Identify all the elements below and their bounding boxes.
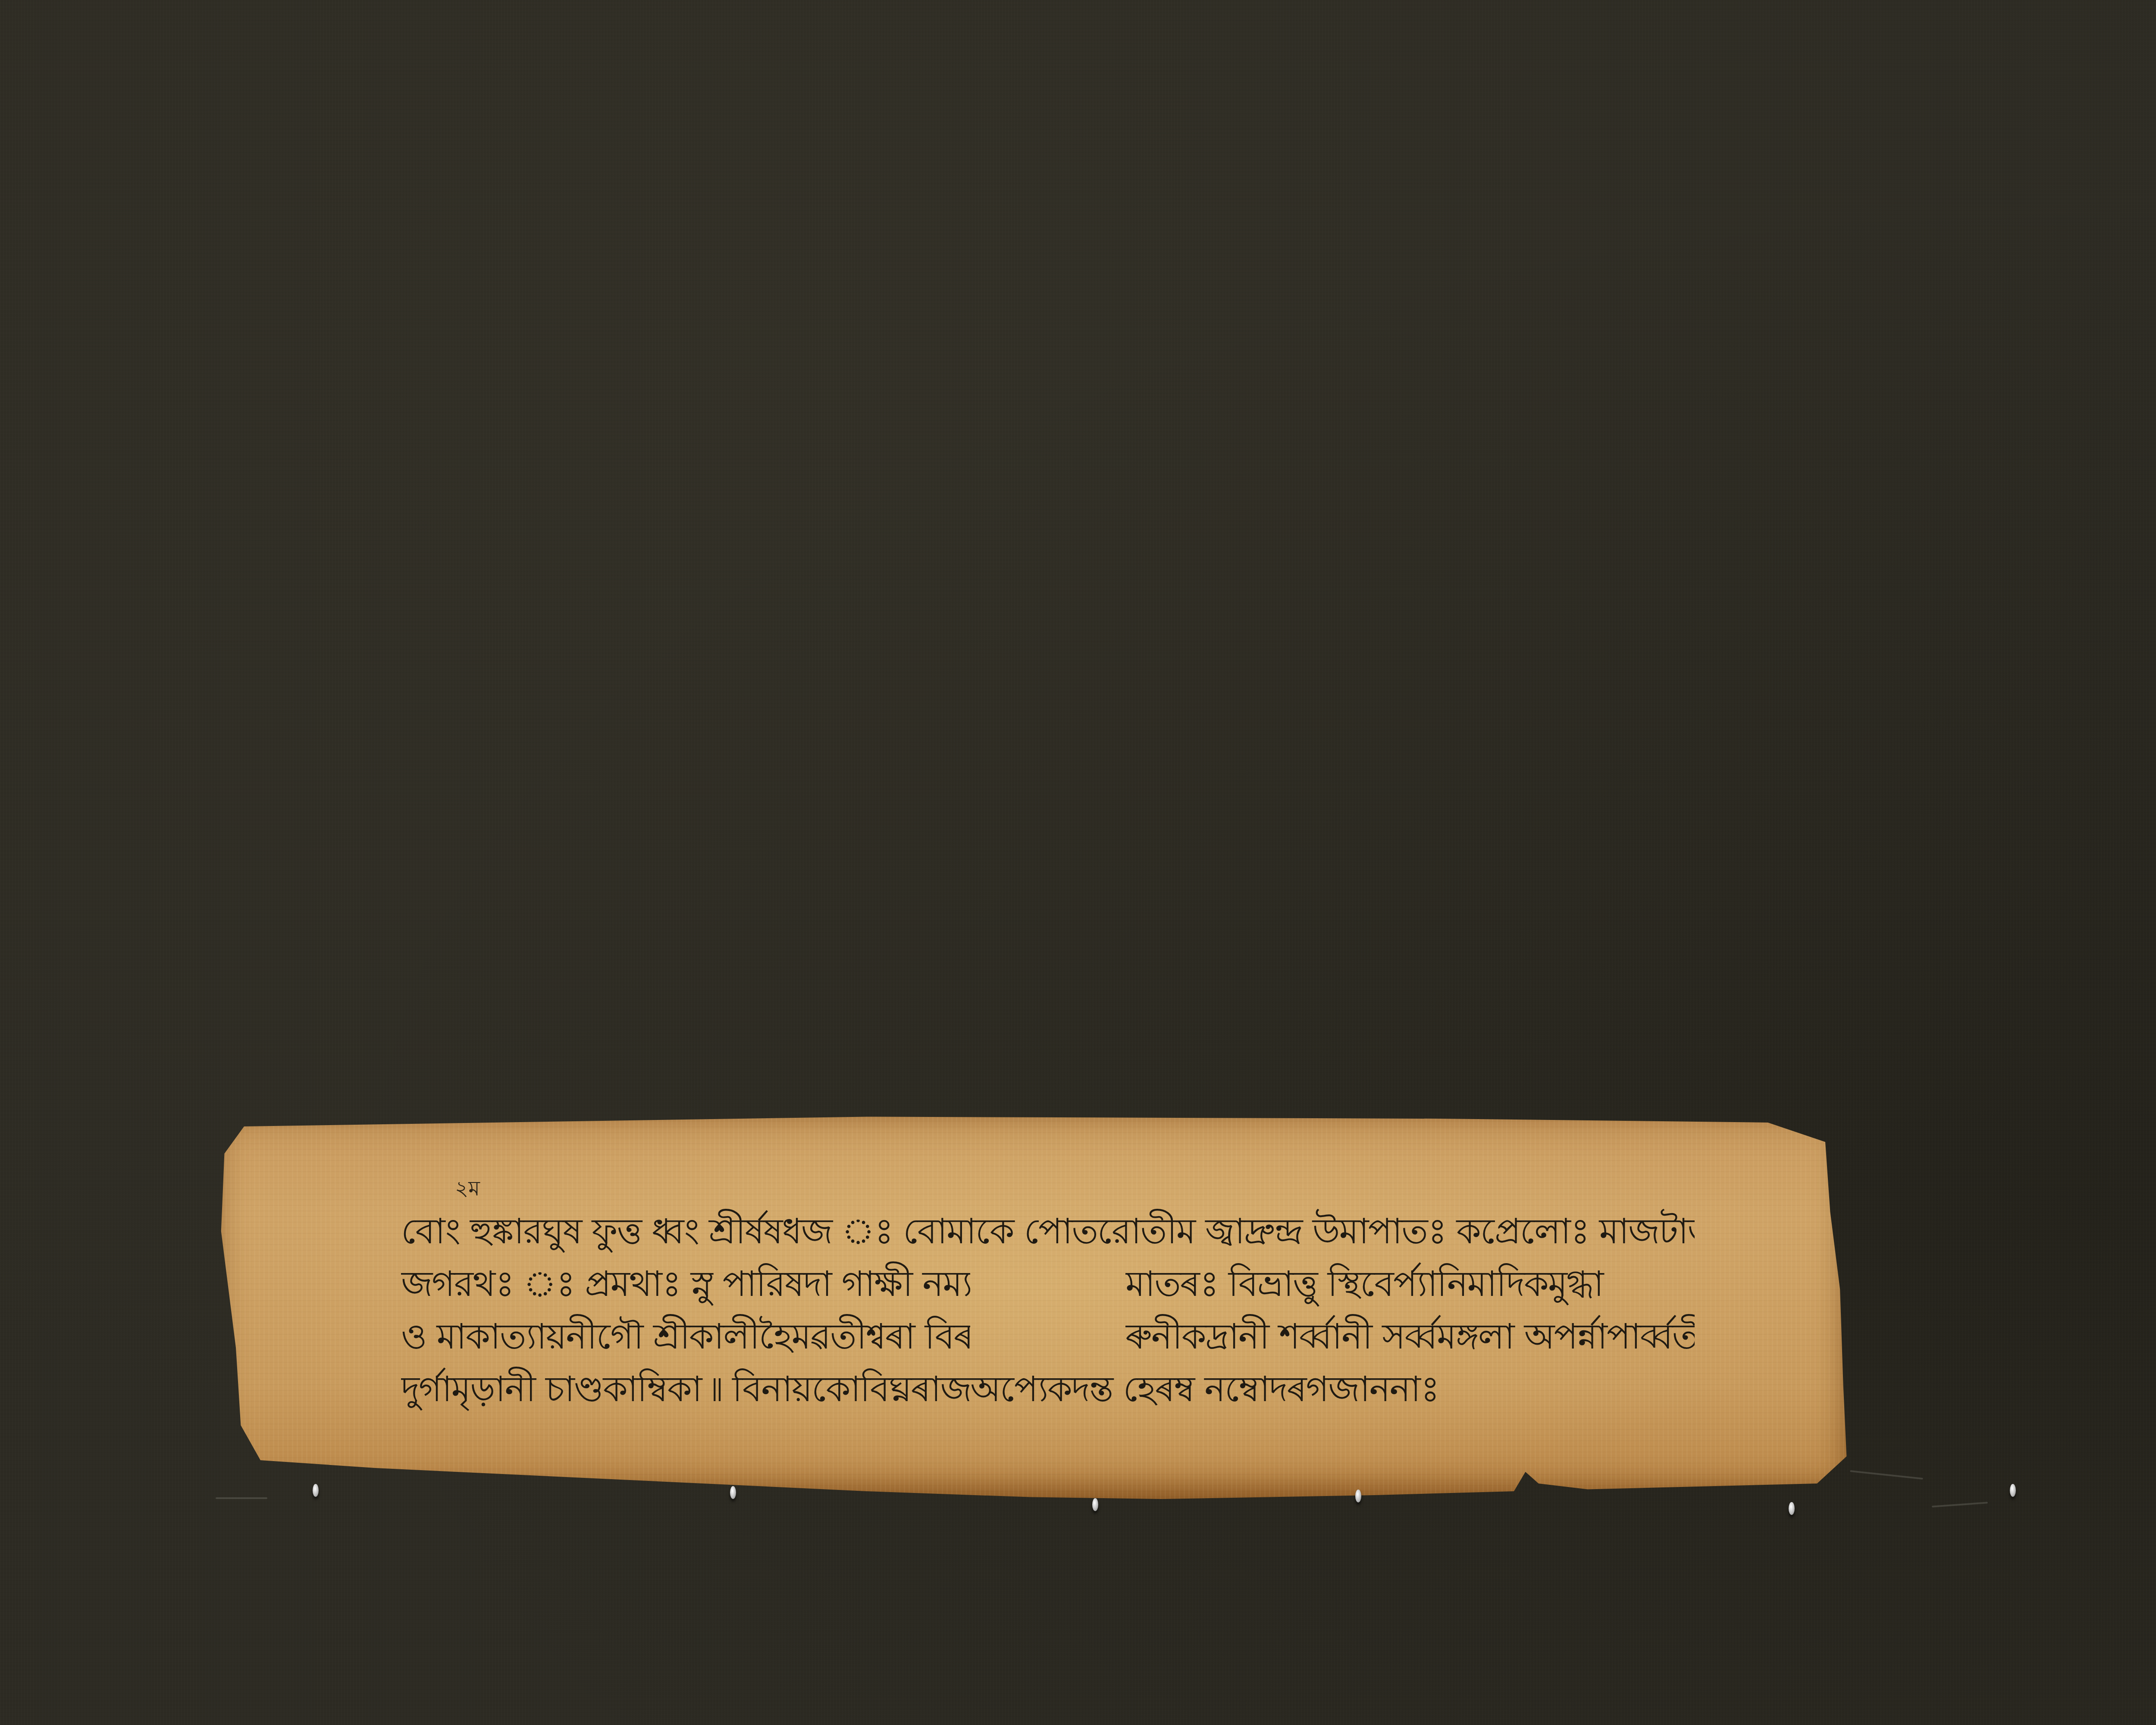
mounting-pin-icon xyxy=(1355,1490,1361,1502)
manuscript-line-3: ও মাকাত্যায়নীগৌ শ্ৰীকালীহৈমৱতীশ্বৰা বিৰ… xyxy=(401,1311,1695,1363)
line-text: বোং হুঙ্কারঘুষ ফুত্ত ধ্বং শ্রীর্ষষধজ ঃ ব… xyxy=(401,1205,1695,1258)
line-text-right: অপ্যেকদন্ত হেৰম্ব নম্বোদৰগজাননাঃ xyxy=(970,1363,1539,1416)
board-scratch xyxy=(1932,1502,1988,1507)
line-text-left: ও মাকাত্যায়নীগৌ শ্ৰীকালীহৈমৱতীশ্বৰা বিৰ… xyxy=(401,1311,970,1363)
string-hole-gap xyxy=(970,1311,1125,1363)
manuscript-text: বোং হুঙ্কারঘুষ ফুত্ত ধ্বং শ্রীর্ষষধজ ঃ ব… xyxy=(401,1205,1695,1416)
manuscript-line-1: বোং হুঙ্কারঘুষ ফুত্ত ধ্বং শ্রীর্ষষধজ ঃ ব… xyxy=(401,1205,1695,1258)
line-text-right: মাতৰঃ বিভ্রাত্তু স্থিবেৰ্প্যানিমাদিকমুগ্… xyxy=(1125,1258,1695,1311)
mounting-pin-icon xyxy=(1092,1498,1098,1511)
manuscript-line-4: দুৰ্গামৃড়ানী চাণ্ডকাম্বিকা ৷৷ বিনায়কোব… xyxy=(401,1363,1695,1416)
line-text-left: দুৰ্গামৃড়ানী চাণ্ডকাম্বিকা ৷৷ বিনায়কোব… xyxy=(401,1363,970,1416)
line-text-right: ৰুনীকদ্রানী শৰ্ব্বানী সৰ্ব্বমঙ্গলা অপৰ্ন… xyxy=(1125,1311,1695,1363)
mounting-pin-icon xyxy=(1789,1502,1795,1515)
manuscript-folio: ২ম বোং হুঙ্কারঘুষ ফুত্ত ধ্বং শ্রীর্ষষধজ … xyxy=(211,1115,1850,1503)
manuscript-line-2: জগরথঃ ঃ প্রমথাঃ স্নু পারিষদা গাক্ষী নম্য… xyxy=(401,1258,1695,1311)
board-scratch xyxy=(216,1497,267,1499)
string-hole-gap xyxy=(970,1258,1125,1311)
mounting-pin-icon xyxy=(2010,1484,2016,1497)
mounting-pin-icon xyxy=(313,1484,319,1497)
line-text-left: জগরথঃ ঃ প্রমথাঃ স্নু পারিষদা গাক্ষী নম্য… xyxy=(401,1258,970,1311)
mounting-pin-icon xyxy=(730,1486,736,1499)
board-scratch xyxy=(1850,1470,1923,1480)
folio-marker: ২ম xyxy=(455,1173,480,1207)
